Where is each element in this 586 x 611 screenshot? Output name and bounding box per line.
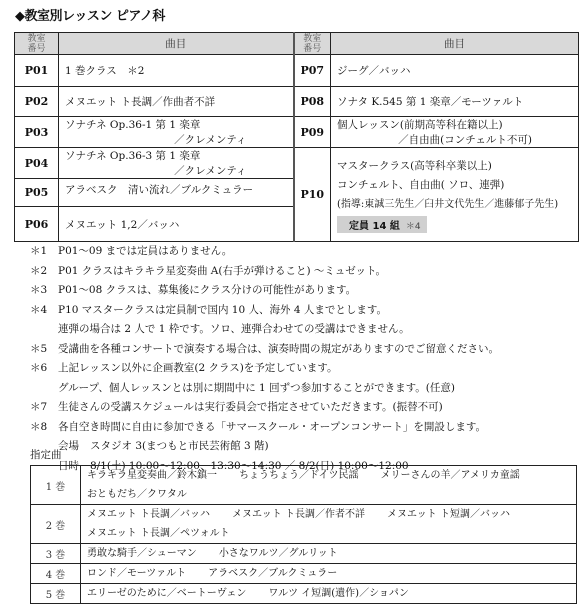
room-song: ソナチネ Op.36-3 第 1 楽章／クレメンティ (59, 148, 294, 179)
volume-row: 4 巻 ロンド／モーツァルトアラベスク／ブルクミュラー (31, 564, 577, 584)
note-item: ＊7生徒さんの受講スケジュールは実行委員会で指定させていただきます。(振替不可) (30, 398, 580, 418)
table-row: P04 ソナチネ Op.36-3 第 1 楽章／クレメンティ P10 マスターク… (15, 148, 579, 179)
volume-songs: メヌエット ト長調／バッハメヌエット ト長調／作者不詳メヌエット ト短調／バッハ… (81, 505, 577, 544)
volume-label: 5 巻 (31, 584, 81, 604)
room-song: ソナチネ Op.36-1 第 1 楽章／クレメンティ (59, 117, 294, 148)
room-song: マスタークラス(高等科卒業以上) コンチェルト、自由曲( ソロ、連弾) (指導:… (331, 148, 579, 242)
room-code: P01 (15, 55, 59, 87)
room-code: P09 (294, 117, 331, 148)
volume-songs: エリーゼのために／ベートーヴェンワルツ イ短調(遺作)／ショパン (81, 584, 577, 604)
notes-list: ＊1P01～09 までは定員はありません。 ＊2P01 クラスはキラキラ星変奏曲… (30, 242, 580, 476)
room-song: 1 巻クラス ＊2 (59, 55, 294, 87)
room-code: P04 (15, 148, 59, 179)
table-row: P03 ソナチネ Op.36-1 第 1 楽章／クレメンティ P09 個人レッス… (15, 117, 579, 148)
header-song: 曲目 (331, 33, 579, 55)
volume-row: 2 巻 メヌエット ト長調／バッハメヌエット ト長調／作者不詳メヌエット ト短調… (31, 505, 577, 544)
header-song: 曲目 (59, 33, 294, 55)
note-continuation: 連弾の場合は 2 人で 1 枠です。ソロ、連弾合わせての受講はできません。 (30, 320, 580, 340)
note-item: ＊4P10 マスタークラスは定員制で国内 10 人、海外 4 人までとします。 (30, 301, 580, 321)
volume-row: 3 巻 勇敢な騎手／シューマン小さなワルツ／グルリット (31, 544, 577, 564)
volume-label: 3 巻 (31, 544, 81, 564)
lesson-table: 教室番号 曲目 教室番号 曲目 P01 1 巻クラス ＊2 P07 ジーグ／バッ… (14, 32, 579, 242)
room-song: ジーグ／バッハ (331, 55, 579, 87)
note-item: ＊2P01 クラスはキラキラ星変奏曲 A(右手が弾けること) ～ミュゼット。 (30, 262, 580, 282)
table-row: P02 メヌエット ト長調／作曲者不詳 P08 ソナタ K.545 第 1 楽章… (15, 87, 579, 117)
room-code: P03 (15, 117, 59, 148)
table-row: P01 1 巻クラス ＊2 P07 ジーグ／バッハ (15, 55, 579, 87)
note-item: ＊8各自空き時間に自由に参加できる「サマースクール・オープンコンサート」を開設し… (30, 418, 580, 438)
note-item: ＊3P01～08 クラスは、募集後にクラス分けの可能性があります。 (30, 281, 580, 301)
room-song: メヌエット ト長調／作曲者不詳 (59, 87, 294, 117)
room-code: P02 (15, 87, 59, 117)
note-continuation: グループ、個人レッスンとは別に期間中に 1 回ずつ参加することができます。(任意… (30, 379, 580, 399)
note-item: ＊6上記レッスン以外に企画教室(2 クラス)を予定しています。 (30, 359, 580, 379)
concert-venue: 会場スタジオ 3(まつもと市民芸術館 3 階) (30, 437, 580, 457)
header-code: 教室番号 (294, 33, 331, 55)
table-header-row: 教室番号 曲目 教室番号 曲目 (15, 33, 579, 55)
assigned-songs-label: 指定曲 (30, 447, 62, 462)
note-item: ＊5受講曲を各種コンサートで演奏する場合は、演奏時間の規定がありますのでご留意く… (30, 340, 580, 360)
volume-songs: ロンド／モーツァルトアラベスク／ブルクミュラー (81, 564, 577, 584)
capacity-badge: 定員 14 組＊4 (337, 216, 427, 233)
room-code: P08 (294, 87, 331, 117)
header-code: 教室番号 (15, 33, 59, 55)
room-song: アラベスク 清い流れ／ブルクミュラー (59, 179, 294, 207)
room-code: P07 (294, 55, 331, 87)
room-code: P10 (294, 148, 331, 242)
page-title: ◆教室別レッスン ピアノ科 (15, 5, 165, 24)
room-song: ソナタ K.545 第 1 楽章／モーツァルト (331, 87, 579, 117)
room-code: P05 (15, 179, 59, 207)
room-song: 個人レッスン(前期高等科在籍以上)／自由曲(コンチェルト不可) (331, 117, 579, 148)
note-item: ＊1P01～09 までは定員はありません。 (30, 242, 580, 262)
assigned-songs-table: 1 巻 キラキラ星変奏曲／鈴木鎮一ちょうちょう／ドイツ民謡メリーさんの羊／アメリ… (30, 465, 577, 604)
volume-label: 2 巻 (31, 505, 81, 544)
room-code: P06 (15, 207, 59, 242)
volume-songs: キラキラ星変奏曲／鈴木鎮一ちょうちょう／ドイツ民謡メリーさんの羊／アメリカ童謡 … (81, 466, 577, 505)
volume-label: 1 巻 (31, 466, 81, 505)
volume-row: 5 巻 エリーゼのために／ベートーヴェンワルツ イ短調(遺作)／ショパン (31, 584, 577, 604)
volume-label: 4 巻 (31, 564, 81, 584)
volume-row: 1 巻 キラキラ星変奏曲／鈴木鎮一ちょうちょう／ドイツ民謡メリーさんの羊／アメリ… (31, 466, 577, 505)
volume-songs: 勇敢な騎手／シューマン小さなワルツ／グルリット (81, 544, 577, 564)
room-song: メヌエット 1,2／バッハ (59, 207, 294, 242)
